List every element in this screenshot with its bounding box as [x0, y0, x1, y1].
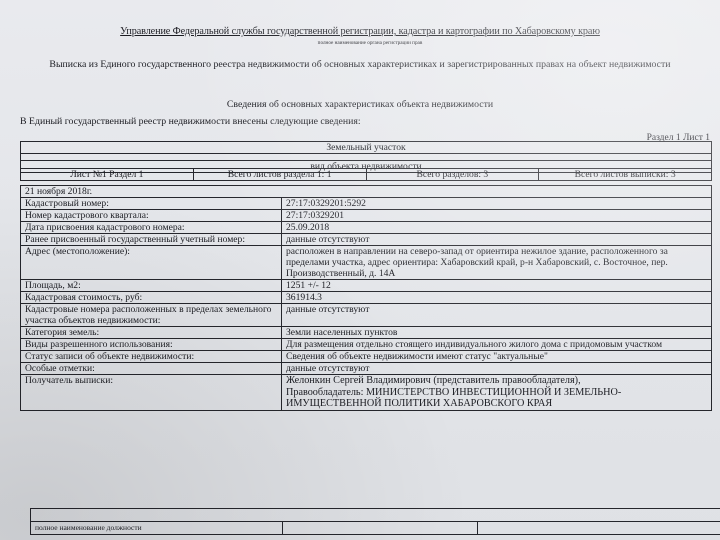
row-value: данные отсутствуют: [282, 234, 712, 246]
table-row: Категория земель:Земли населенных пункто…: [21, 327, 712, 339]
sheet-number: Лист №1 Раздел 1: [21, 169, 194, 181]
row-value: данные отсутствуют: [282, 363, 712, 375]
table-row: Дата присвоения кадастрового номера:25.0…: [21, 222, 712, 234]
row-label: Кадастровый номер:: [21, 198, 282, 210]
document-title: Выписка из Единого государственного реес…: [0, 59, 720, 70]
row-value: расположен в направлении на северо-запад…: [282, 246, 712, 280]
blank-row: [21, 154, 712, 161]
row-label: Дата присвоения кадастрового номера:: [21, 222, 282, 234]
row-value: Для размещения отдельно стоящего индивид…: [282, 339, 712, 351]
organization-name: Управление Федеральной службы государств…: [0, 26, 720, 37]
row-value: Земли населенных пунктов: [282, 327, 712, 339]
table-row: Статус записи об объекте недвижимости:Св…: [21, 351, 712, 363]
signature-table: полное наименование должности: [30, 508, 720, 535]
section-title: Сведения об основных характеристиках объ…: [0, 99, 720, 110]
initials-cell: [478, 522, 720, 535]
table-row: Виды разрешенного использования:Для разм…: [21, 339, 712, 351]
row-label: Особые отметки:: [21, 363, 282, 375]
row-value: 27:17:0329201:5292: [282, 198, 712, 210]
table-row: Адрес (местоположение):расположен в напр…: [21, 246, 712, 280]
table-row: Ранее присвоенный государственный учетны…: [21, 234, 712, 246]
characteristics-table: 21 ноября 2018г. Кадастровый номер:27:17…: [20, 185, 712, 411]
row-label: Площадь, м2:: [21, 280, 282, 292]
intro-text: В Единый государственный реестр недвижим…: [20, 116, 361, 127]
row-label: Ранее присвоенный государственный учетны…: [21, 234, 282, 246]
position-caption: полное наименование должности: [31, 522, 283, 535]
row-value: Сведения об объекте недвижимости имеют с…: [282, 351, 712, 363]
row-value: 25.09.2018: [282, 222, 712, 234]
total-sections: Всего разделов: 3: [366, 169, 539, 181]
table-row: Особые отметки:данные отсутствуют: [21, 363, 712, 375]
table-row: Площадь, м2:1251 +/- 12: [21, 280, 712, 292]
row-label: Номер кадастрового квартала:: [21, 210, 282, 222]
total-sheets-section: Всего листов раздела 1: 1: [193, 169, 366, 181]
row-label: Виды разрешенного использования:: [21, 339, 282, 351]
table-row: Номер кадастрового квартала:27:17:032920…: [21, 210, 712, 222]
row-value: данные отсутствуют: [282, 304, 712, 327]
row-label: Адрес (местоположение):: [21, 246, 282, 280]
blank-row: [31, 509, 720, 522]
row-label: Статус записи об объекте недвижимости:: [21, 351, 282, 363]
row-value: 27:17:0329201: [282, 210, 712, 222]
row-value: 361914.3: [282, 292, 712, 304]
table-row: Получатель выписки:Желонкин Сергей Влади…: [21, 375, 712, 411]
organization-caption: полное наименование органа регистрации п…: [0, 40, 720, 46]
total-sheets-extract: Всего листов выписки: 3: [539, 169, 712, 181]
table-row: Кадастровая стоимость, руб:361914.3: [21, 292, 712, 304]
sheet-info-table: Лист №1 Раздел 1 Всего листов раздела 1:…: [20, 168, 712, 181]
row-value: Желонкин Сергей Владимирович (представит…: [282, 375, 712, 411]
signature-cell: [282, 522, 478, 535]
row-value: 1251 +/- 12: [282, 280, 712, 292]
extract-date: 21 ноября 2018г.: [21, 186, 712, 198]
row-label: Кадастровые номера расположенных в преде…: [21, 304, 282, 327]
table-row: Кадастровый номер:27:17:0329201:5292: [21, 198, 712, 210]
row-label: Кадастровая стоимость, руб:: [21, 292, 282, 304]
object-type: Земельный участок: [21, 142, 712, 154]
row-label: Категория земель:: [21, 327, 282, 339]
row-label: Получатель выписки:: [21, 375, 282, 411]
table-row: Кадастровые номера расположенных в преде…: [21, 304, 712, 327]
